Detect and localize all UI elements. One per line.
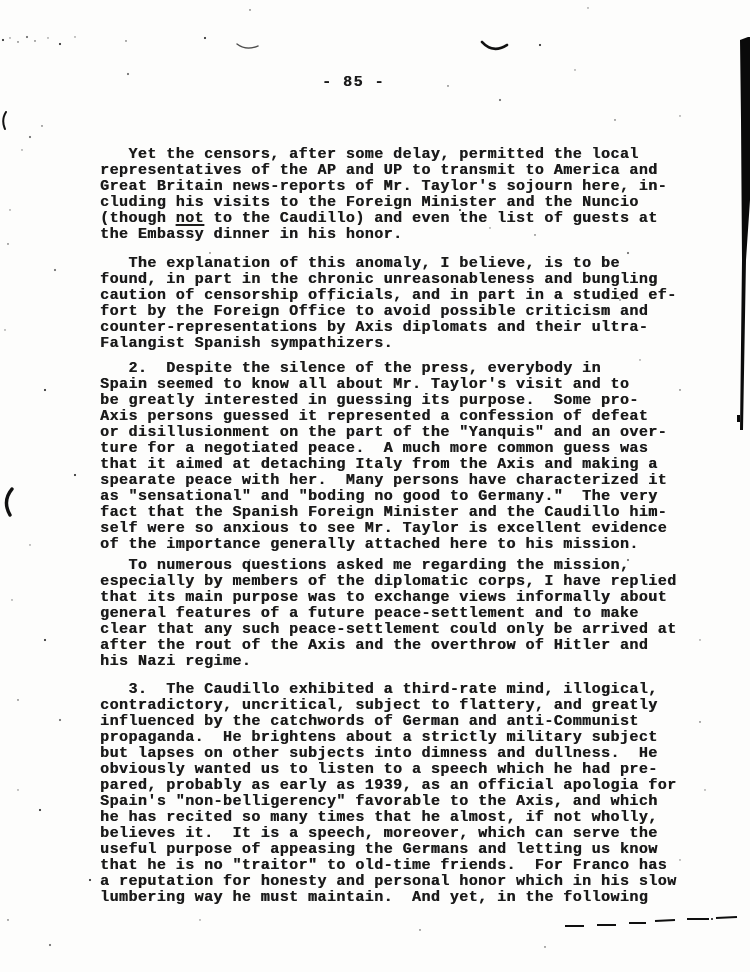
text-line: be greatly interested in guessing its pu…: [100, 393, 677, 409]
text-line: ture for a negotiated peace. A much more…: [100, 441, 677, 457]
text-line: lumbering way he must maintain. And yet,…: [100, 890, 677, 906]
page-number: - 85 -: [322, 75, 385, 91]
text-line: general features of a future peace-settl…: [100, 606, 677, 622]
text-line: pared, probably as early as 1939, as an …: [100, 778, 677, 794]
text-line: (though not to the Caudillo) and even th…: [100, 211, 677, 227]
text-line: To numerous questions asked me regarding…: [100, 558, 677, 574]
text-line: he has recited so many times that he alm…: [100, 810, 677, 826]
text-line: Great Britain news-reports of Mr. Taylor…: [100, 179, 677, 195]
stray-mark-curves: [237, 42, 507, 49]
text-line: especially by members of the diplomatic …: [100, 574, 677, 590]
text-line: found, in part in the chronic unreasonab…: [100, 272, 677, 288]
text-line: useful purpose of appeasing the Germans …: [100, 842, 677, 858]
text-line: propaganda. He brightens about a strictl…: [100, 730, 677, 746]
text-line: obviously wanted us to listen to a speec…: [100, 762, 677, 778]
text-line: that it aimed at detaching Italy from th…: [100, 457, 677, 473]
text-line: Axis persons guessed it represented a co…: [100, 409, 677, 425]
text-line: a reputation for honesty and personal ho…: [100, 874, 677, 890]
text-line: Falangist Spanish sympathizers.: [100, 336, 677, 352]
text-line: self were so anxious to see Mr. Taylor i…: [100, 521, 677, 537]
text-line: as "sensational" and "boding no good to …: [100, 489, 677, 505]
text-line: spearate peace with her. Many persons ha…: [100, 473, 677, 489]
margin-paren-marks: [3, 112, 12, 515]
text-line: Spain seemed to know all about Mr. Taylo…: [100, 377, 677, 393]
text-line: 2. Despite the silence of the press, eve…: [100, 361, 677, 377]
text-line: Yet the censors, after some delay, permi…: [100, 147, 677, 163]
text-line: that its main purpose was to exchange vi…: [100, 590, 677, 606]
text-line: The explanation of this anomaly, I belie…: [100, 256, 677, 272]
text-line: influenced by the catchwords of German a…: [100, 714, 677, 730]
text-line: his Nazi regime.: [100, 654, 677, 670]
paragraph: To numerous questions asked me regarding…: [100, 558, 677, 670]
text-line: contradictory, uncritical, subject to fl…: [100, 698, 677, 714]
text-line: counter-representations by Axis diplomat…: [100, 320, 677, 336]
text-line: representatives of the AP and UP to tran…: [100, 163, 677, 179]
scan-edge-bar: [737, 37, 750, 430]
bottom-dash-marks: [565, 917, 737, 926]
text-line: after the rout of the Axis and the overt…: [100, 638, 677, 654]
document-body: Yet the censors, after some delay, permi…: [100, 147, 677, 906]
text-line: but lapses on other subjects into dimnes…: [100, 746, 677, 762]
text-line: cluding his visits to the Foreign Minist…: [100, 195, 677, 211]
text-line: the Embassy dinner in his honor.: [100, 227, 677, 243]
text-line: clear that any such peace-settlement cou…: [100, 622, 677, 638]
text-line: believes it. It is a speech, moreover, w…: [100, 826, 677, 842]
text-line: that he is no "traitor" to old-time frie…: [100, 858, 677, 874]
text-line: or disillusionment on the part of the "Y…: [100, 425, 677, 441]
paragraph: Yet the censors, after some delay, permi…: [100, 147, 677, 243]
paragraph: 2. Despite the silence of the press, eve…: [100, 361, 677, 553]
text-line: fort by the Foreign Office to avoid poss…: [100, 304, 677, 320]
text-line: fact that the Spanish Foreign Minister a…: [100, 505, 677, 521]
text-line: 3. The Caudillo exhibited a third-rate m…: [100, 682, 677, 698]
text-line: Spain's "non-belligerency" favorable to …: [100, 794, 677, 810]
paragraph: 3. The Caudillo exhibited a third-rate m…: [100, 682, 677, 906]
paragraph: The explanation of this anomaly, I belie…: [100, 256, 677, 352]
text-line: of the importance generally attached her…: [100, 537, 677, 553]
text-line: caution of censorship officials, and in …: [100, 288, 677, 304]
document-page: - 85 - Yet the censors, after some delay…: [0, 0, 750, 972]
